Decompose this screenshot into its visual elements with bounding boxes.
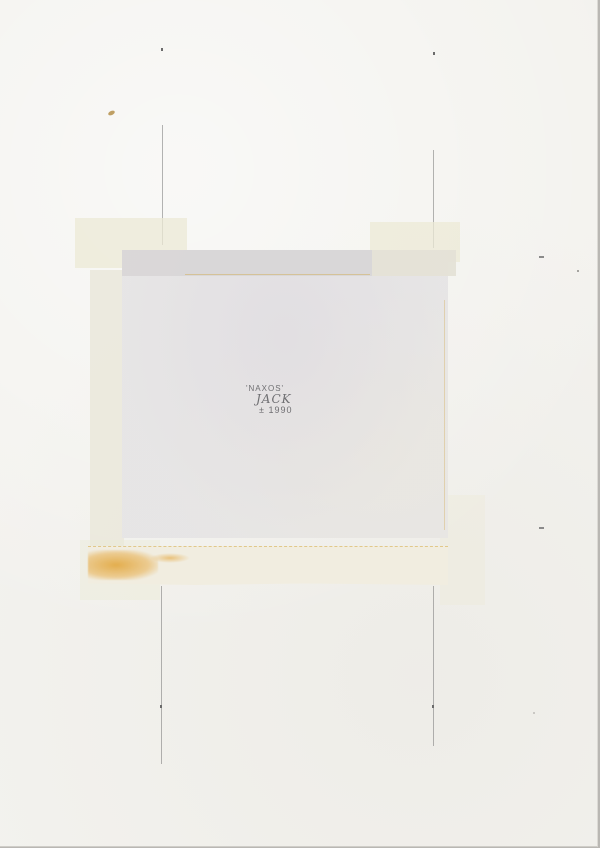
brown-spot — [107, 110, 115, 117]
artwork-date: ± 1990 — [259, 405, 344, 415]
artist-signature: JACK — [256, 392, 344, 406]
tick-mark — [432, 705, 434, 708]
tick-mark — [161, 48, 163, 51]
top-tape-strip-right — [372, 250, 456, 276]
top-fold-line — [185, 274, 370, 275]
margin-mark — [539, 256, 544, 258]
orange-glue-stain — [150, 553, 190, 563]
speck — [577, 270, 579, 272]
margin-mark — [539, 527, 544, 529]
pencil-inscription: 'NAXOS' JACK ± 1990 — [244, 384, 344, 415]
tick-mark — [433, 52, 435, 55]
tape-left-vertical — [90, 270, 124, 570]
right-edge-line — [444, 300, 445, 530]
orange-glue-stain — [88, 550, 158, 580]
pencil-line-left-lower — [161, 586, 162, 764]
speck — [533, 712, 535, 714]
backing-paper: 'NAXOS' JACK ± 1990 — [0, 0, 598, 847]
pencil-line-right-lower — [433, 586, 434, 746]
tick-mark — [160, 705, 162, 708]
